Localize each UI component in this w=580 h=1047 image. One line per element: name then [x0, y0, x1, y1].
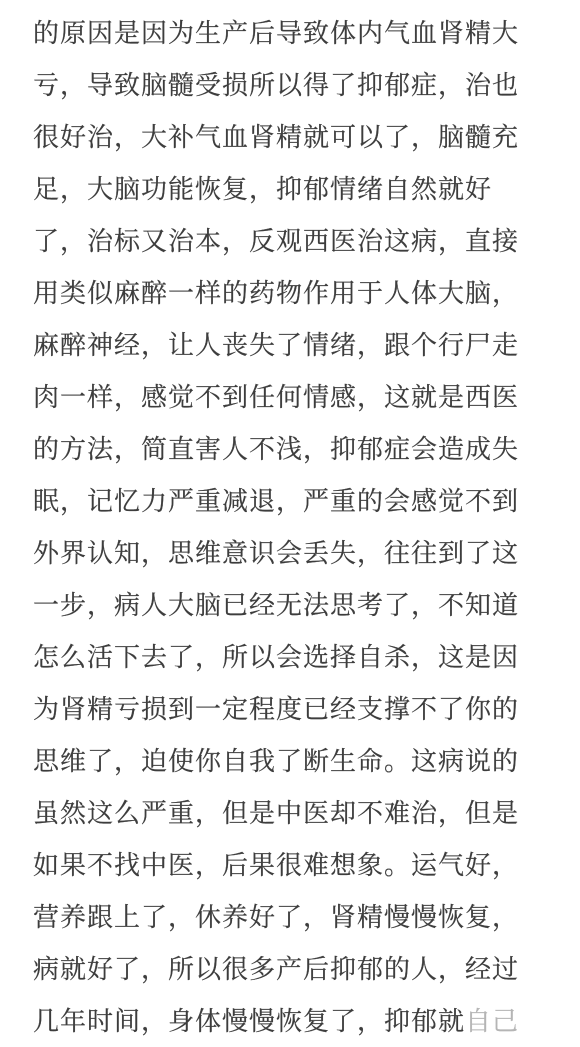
text-page: 的原因是因为生产后导致体内气血肾精大 亏，导致脑髓受损所以得了抑郁症，治也 很好…: [0, 0, 580, 1047]
text-line: 亏，导致脑髓受损所以得了抑郁症，治也: [33, 60, 550, 112]
text-line: 为肾精亏损到一定程度已经支撑不了你的: [33, 684, 550, 736]
text-line-last-faded: 自己: [465, 1007, 519, 1037]
text-line: 用类似麻醉一样的药物作用于人体大脑，: [33, 268, 550, 320]
text-line: 病就好了，所以很多产后抑郁的人，经过: [33, 944, 550, 996]
text-line: 了，治标又治本，反观西医治这病，直接: [33, 216, 550, 268]
text-line: 眠，记忆力严重减退，严重的会感觉不到: [33, 476, 550, 528]
text-line: 如果不找中医，后果很难想象。运气好，: [33, 840, 550, 892]
text-line: 虽然这么严重，但是中医却不难治，但是: [33, 788, 550, 840]
text-line: 一步，病人大脑已经无法思考了，不知道: [33, 580, 550, 632]
text-line: 怎么活下去了，所以会选择自杀，这是因: [33, 632, 550, 684]
text-line: 麻醉神经，让人丧失了情绪，跟个行尸走: [33, 320, 550, 372]
text-line: 营养跟上了，休养好了，肾精慢慢恢复，: [33, 892, 550, 944]
text-line: 思维了，迫使你自我了断生命。这病说的: [33, 736, 550, 788]
text-line: 足，大脑功能恢复，抑郁情绪自然就好: [33, 164, 550, 216]
text-line-last-main: 几年时间，身体慢慢恢复了，抑郁就: [33, 1007, 465, 1037]
text-line: 的方法，简直害人不浅，抑郁症会造成失: [33, 424, 550, 476]
text-line: 的原因是因为生产后导致体内气血肾精大: [33, 8, 550, 60]
text-line-last: 几年时间，身体慢慢恢复了，抑郁就自己: [33, 996, 550, 1047]
text-line: 肉一样，感觉不到任何情感，这就是西医: [33, 372, 550, 424]
text-line: 外界认知，思维意识会丢失，往往到了这: [33, 528, 550, 580]
text-line: 很好治，大补气血肾精就可以了，脑髓充: [33, 112, 550, 164]
